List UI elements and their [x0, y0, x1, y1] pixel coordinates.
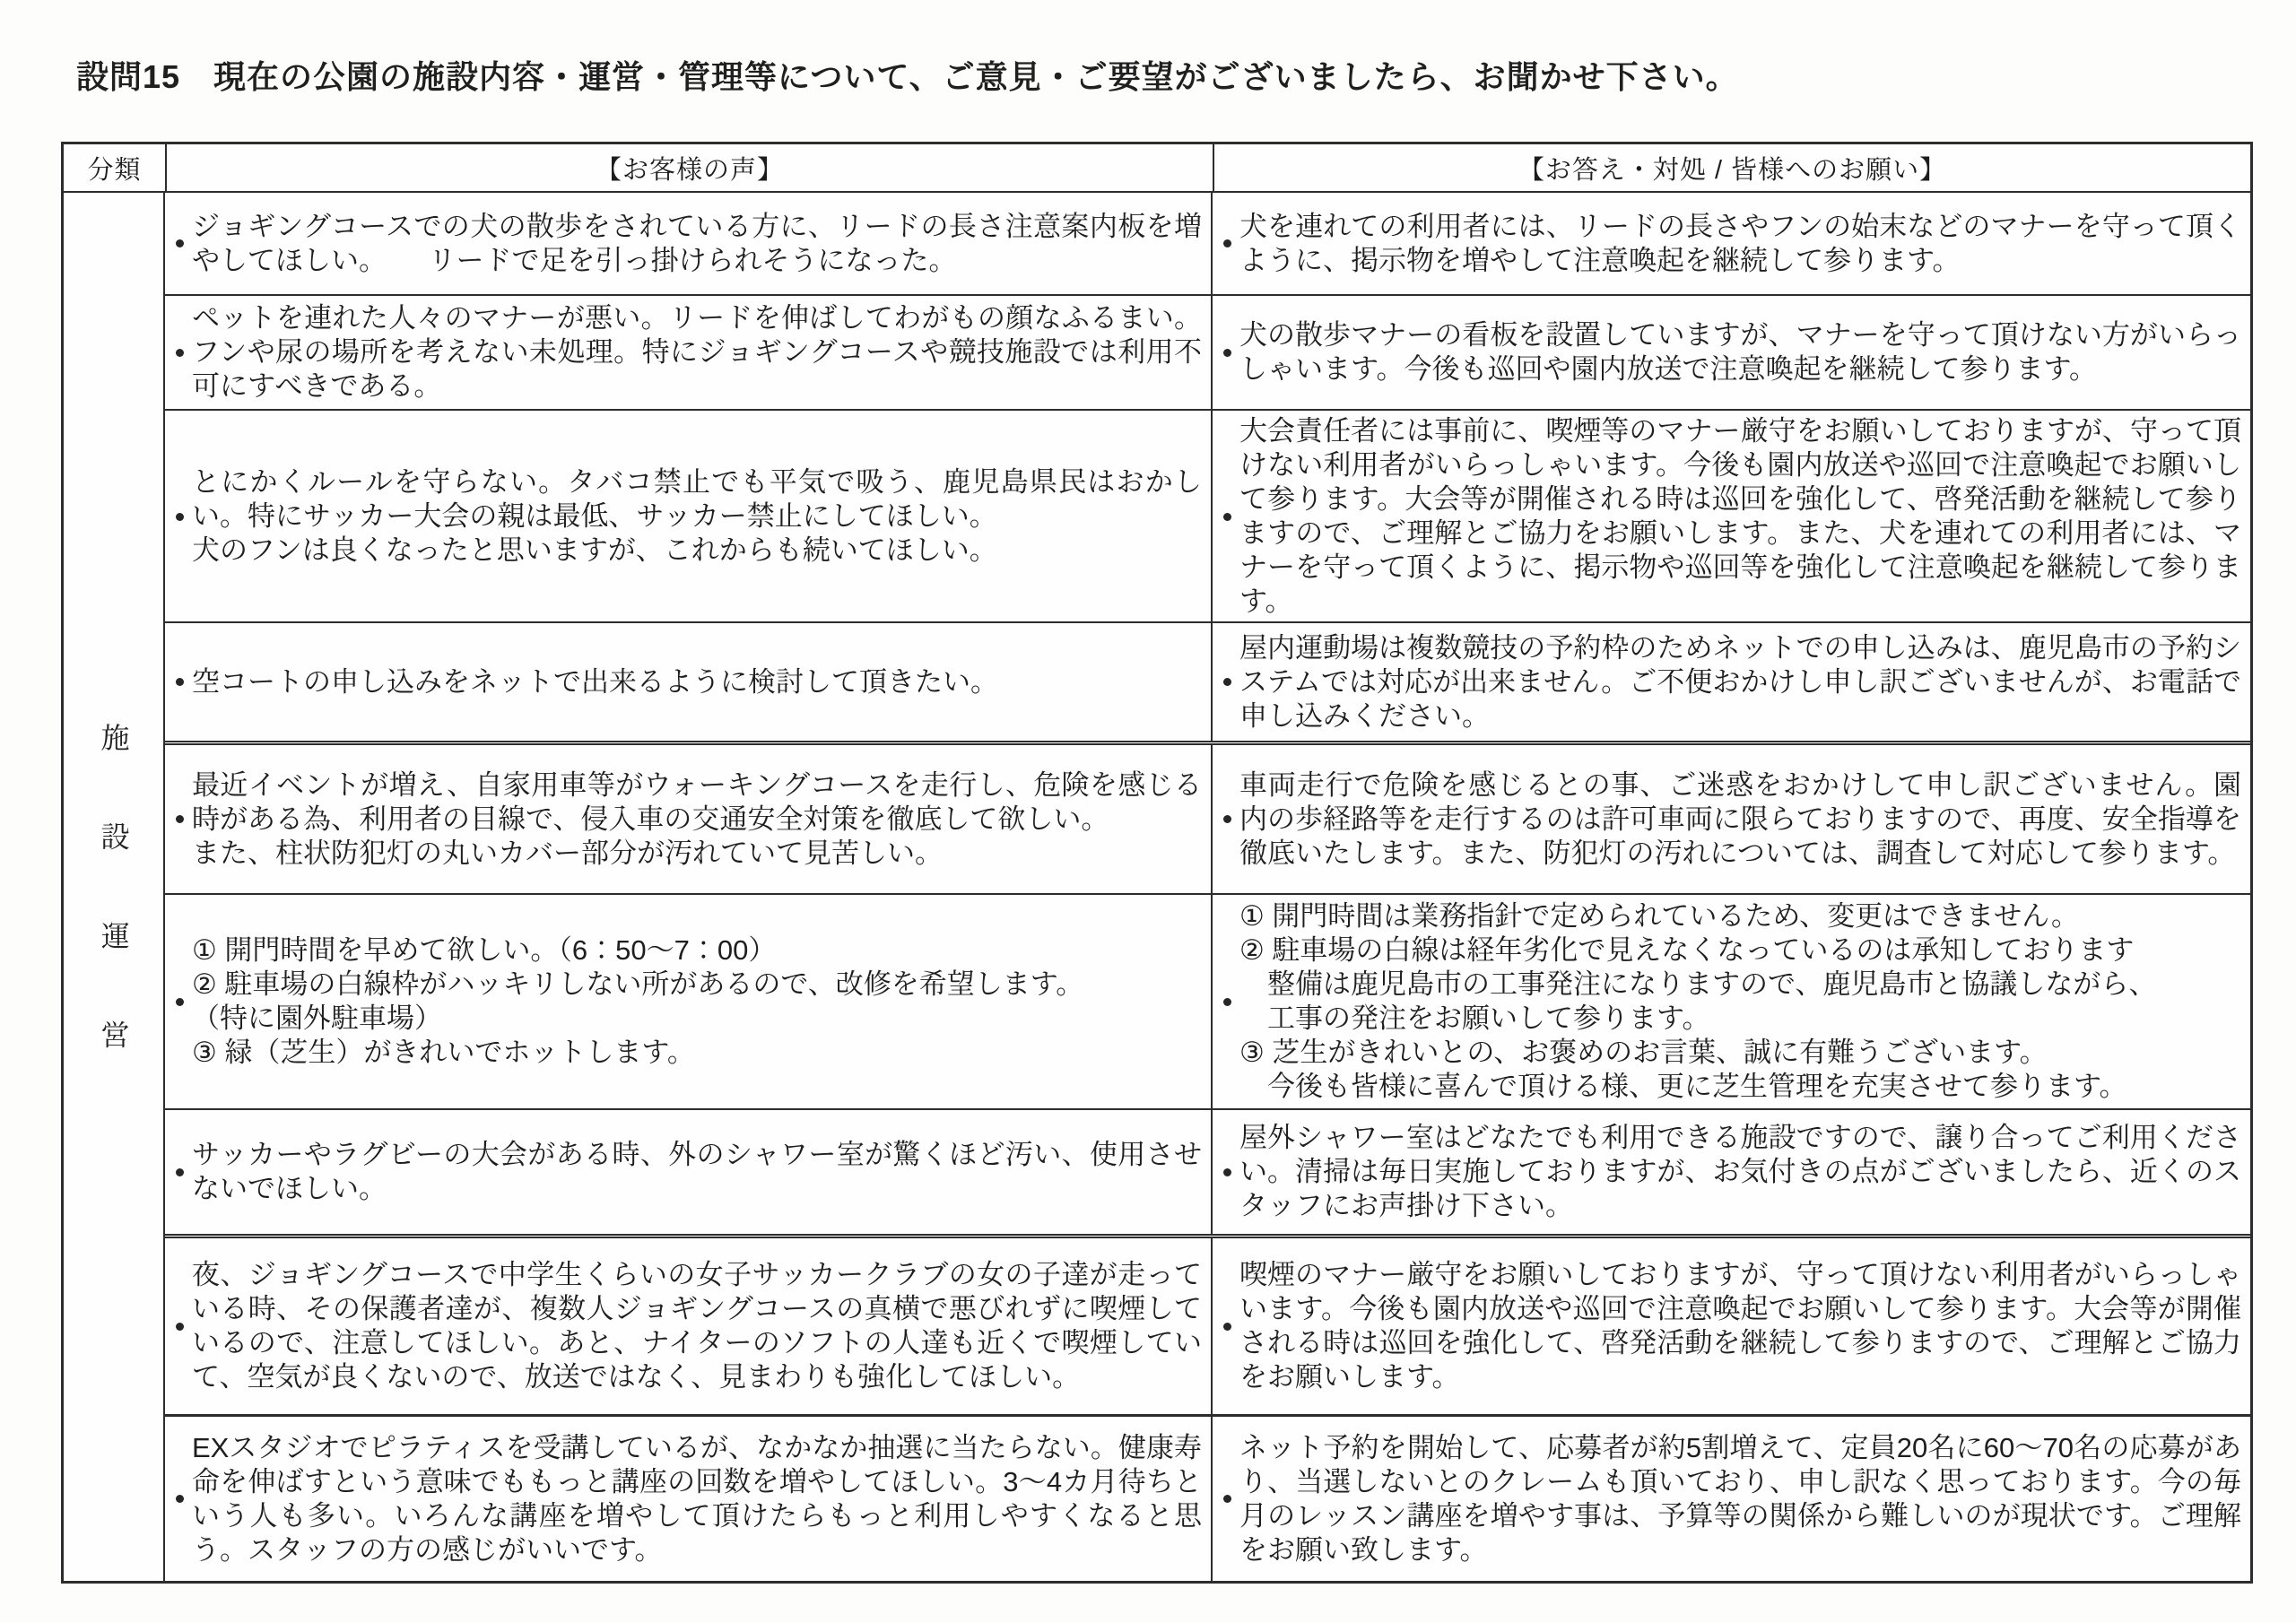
voice-text: ジョギングコースでの犬の散歩をされている方に、リードの長さ注意案内板を増やしてほ…	[192, 210, 1202, 278]
answer-text: 喫煙のマナー厳守をお願いしておりますが、守って頂けない利用者がいらっしゃいます。…	[1239, 1258, 2241, 1394]
table-row: ペットを連れた人々のマナーが悪い。リードを伸ばしてわがもの顔なふるまい。フンや尿…	[165, 296, 2250, 411]
voice-cell: ジョギングコースでの犬の散歩をされている方に、リードの長さ注意案内板を増やしてほ…	[165, 193, 1213, 294]
answer-text: 屋外シャワー室はどなたでも利用できる施設ですので、譲り合ってご利用ください。清掃…	[1239, 1121, 2241, 1223]
bullet-icon	[1223, 513, 1231, 521]
category-label-vertical: 施設運営	[93, 723, 135, 1119]
bullet-icon	[176, 349, 184, 357]
bullet-icon	[1223, 678, 1231, 686]
page-title: 設問15 現在の公園の施設内容・運営・管理等について、ご意見・ご要望がございまし…	[76, 52, 1739, 98]
voice-text: サッカーやラグビーの大会がある時、外のシャワー室が驚くほど汚い、使用させないでほ…	[192, 1138, 1202, 1206]
voice-cell: とにかくルールを守らない。タバコ禁止でも平気で吸う、鹿児島県民はおかしい。特にサ…	[165, 411, 1213, 622]
bullet-icon	[1223, 349, 1231, 357]
voice-text: ① 開門時間を早めて欲しい。（6：50～7：00） ② 駐車場の白線枠がハッキリ…	[192, 933, 1202, 1070]
bullet-icon	[1223, 998, 1231, 1006]
answer-cell: ネット予約を開始して、応募者が約5割増えて、定員20名に60～70名の応募があり…	[1213, 1417, 2250, 1581]
answer-cell: ① 開門時間は業務指針で定められているため、変更はできません。 ② 駐車場の白線…	[1213, 895, 2250, 1108]
voice-text: EXスタジオでピラティスを受講しているが、なかなか抽選に当たらない。健康寿命を伸…	[192, 1431, 1202, 1567]
voice-text: 夜、ジョギングコースで中学生くらいの女子サッカークラブの女の子達が走っている時、…	[192, 1258, 1202, 1394]
answer-text: ① 開門時間は業務指針で定められているため、変更はできません。 ② 駐車場の白線…	[1239, 899, 2241, 1104]
voice-text: 空コートの申し込みをネットで出来るように検討して頂きたい。	[192, 665, 1202, 699]
voice-text: 最近イベントが増え、自家用車等がウォーキングコースを走行し、危険を感じる時がある…	[192, 768, 1202, 871]
table-row: 空コートの申し込みをネットで出来るように検討して頂きたい。 屋内運動場は複数競技…	[165, 623, 2250, 745]
bullet-icon	[1223, 239, 1231, 247]
answer-cell: 屋内運動場は複数競技の予約枠のためネットでの申し込みは、鹿児島市の予約システムで…	[1213, 623, 2250, 741]
answer-text: ネット予約を開始して、応募者が約5割増えて、定員20名に60～70名の応募があり…	[1239, 1431, 2241, 1567]
table-row: ジョギングコースでの犬の散歩をされている方に、リードの長さ注意案内板を増やしてほ…	[165, 193, 2250, 296]
category-cell: 施設運営	[64, 193, 165, 1581]
bullet-icon	[1223, 1168, 1231, 1176]
feedback-table: 分類 【お客様の声】 【お答え・対処 / 皆様へのお願い】 施設運営 ジョギング…	[61, 142, 2253, 1584]
voice-cell: EXスタジオでピラティスを受講しているが、なかなか抽選に当たらない。健康寿命を伸…	[165, 1417, 1213, 1581]
answer-cell: 犬を連れての利用者には、リードの長さやフンの始末などのマナーを守って頂くように、…	[1213, 193, 2250, 294]
voice-text: とにかくルールを守らない。タバコ禁止でも平気で吸う、鹿児島県民はおかしい。特にサ…	[192, 465, 1202, 568]
voice-text: ペットを連れた人々のマナーが悪い。リードを伸ばしてわがもの顔なふるまい。フンや尿…	[192, 301, 1202, 404]
bullet-icon	[176, 1495, 184, 1503]
bullet-icon	[1223, 1323, 1231, 1331]
bullet-icon	[1223, 1495, 1231, 1503]
voice-cell: ① 開門時間を早めて欲しい。（6：50～7：00） ② 駐車場の白線枠がハッキリ…	[165, 895, 1213, 1108]
bullet-icon	[176, 1168, 184, 1176]
table-rows: ジョギングコースでの犬の散歩をされている方に、リードの長さ注意案内板を増やしてほ…	[165, 193, 2250, 1581]
answer-text: 屋内運動場は複数競技の予約枠のためネットでの申し込みは、鹿児島市の予約システムで…	[1239, 631, 2241, 733]
table-row: 最近イベントが増え、自家用車等がウォーキングコースを走行し、危険を感じる時がある…	[165, 745, 2250, 895]
header-answer: 【お答え・対処 / 皆様へのお願い】	[1213, 144, 2250, 191]
answer-cell: 大会責任者には事前に、喫煙等のマナー厳守をお願いしておりますが、守って頂けない利…	[1213, 411, 2250, 622]
header-customer-voice: 【お客様の声】	[165, 144, 1213, 191]
bullet-icon	[176, 239, 184, 247]
bullet-icon	[176, 678, 184, 686]
answer-text: 犬の散歩マナーの看板を設置していますが、マナーを守って頂けない方がいらっしゃいま…	[1239, 318, 2241, 386]
answer-cell: 屋外シャワー室はどなたでも利用できる施設ですので、譲り合ってご利用ください。清掃…	[1213, 1110, 2250, 1234]
answer-text: 犬を連れての利用者には、リードの長さやフンの始末などのマナーを守って頂くように、…	[1239, 210, 2241, 278]
table-row: とにかくルールを守らない。タバコ禁止でも平気で吸う、鹿児島県民はおかしい。特にサ…	[165, 411, 2250, 623]
voice-cell: サッカーやラグビーの大会がある時、外のシャワー室が驚くほど汚い、使用させないでほ…	[165, 1110, 1213, 1234]
voice-cell: 空コートの申し込みをネットで出来るように検討して頂きたい。	[165, 623, 1213, 741]
table-row: サッカーやラグビーの大会がある時、外のシャワー室が驚くほど汚い、使用させないでほ…	[165, 1110, 2250, 1238]
scanned-survey-page: 設問15 現在の公園の施設内容・運営・管理等について、ご意見・ご要望がございまし…	[0, 0, 2296, 1623]
bullet-icon	[176, 998, 184, 1006]
voice-cell: 夜、ジョギングコースで中学生くらいの女子サッカークラブの女の子達が走っている時、…	[165, 1238, 1213, 1414]
table-header-row: 分類 【お客様の声】 【お答え・対処 / 皆様へのお願い】	[64, 144, 2250, 193]
answer-cell: 犬の散歩マナーの看板を設置していますが、マナーを守って頂けない方がいらっしゃいま…	[1213, 296, 2250, 409]
bullet-icon	[176, 815, 184, 823]
header-category: 分類	[64, 144, 165, 191]
answer-cell: 車両走行で危険を感じるとの事、ご迷惑をおかけして申し訳ございません。園内の歩経路…	[1213, 745, 2250, 893]
voice-cell: 最近イベントが増え、自家用車等がウォーキングコースを走行し、危険を感じる時がある…	[165, 745, 1213, 893]
voice-cell: ペットを連れた人々のマナーが悪い。リードを伸ばしてわがもの顔なふるまい。フンや尿…	[165, 296, 1213, 409]
answer-text: 車両走行で危険を感じるとの事、ご迷惑をおかけして申し訳ございません。園内の歩経路…	[1239, 768, 2241, 871]
table-body: 施設運営 ジョギングコースでの犬の散歩をされている方に、リードの長さ注意案内板を…	[64, 193, 2250, 1581]
table-row: 夜、ジョギングコースで中学生くらいの女子サッカークラブの女の子達が走っている時、…	[165, 1238, 2250, 1417]
answer-cell: 喫煙のマナー厳守をお願いしておりますが、守って頂けない利用者がいらっしゃいます。…	[1213, 1238, 2250, 1414]
bullet-icon	[1223, 815, 1231, 823]
bullet-icon	[176, 1323, 184, 1331]
table-row: EXスタジオでピラティスを受講しているが、なかなか抽選に当たらない。健康寿命を伸…	[165, 1417, 2250, 1581]
answer-text: 大会責任者には事前に、喫煙等のマナー厳守をお願いしておりますが、守って頂けない利…	[1239, 414, 2241, 619]
table-row: ① 開門時間を早めて欲しい。（6：50～7：00） ② 駐車場の白線枠がハッキリ…	[165, 895, 2250, 1110]
bullet-icon	[176, 513, 184, 521]
